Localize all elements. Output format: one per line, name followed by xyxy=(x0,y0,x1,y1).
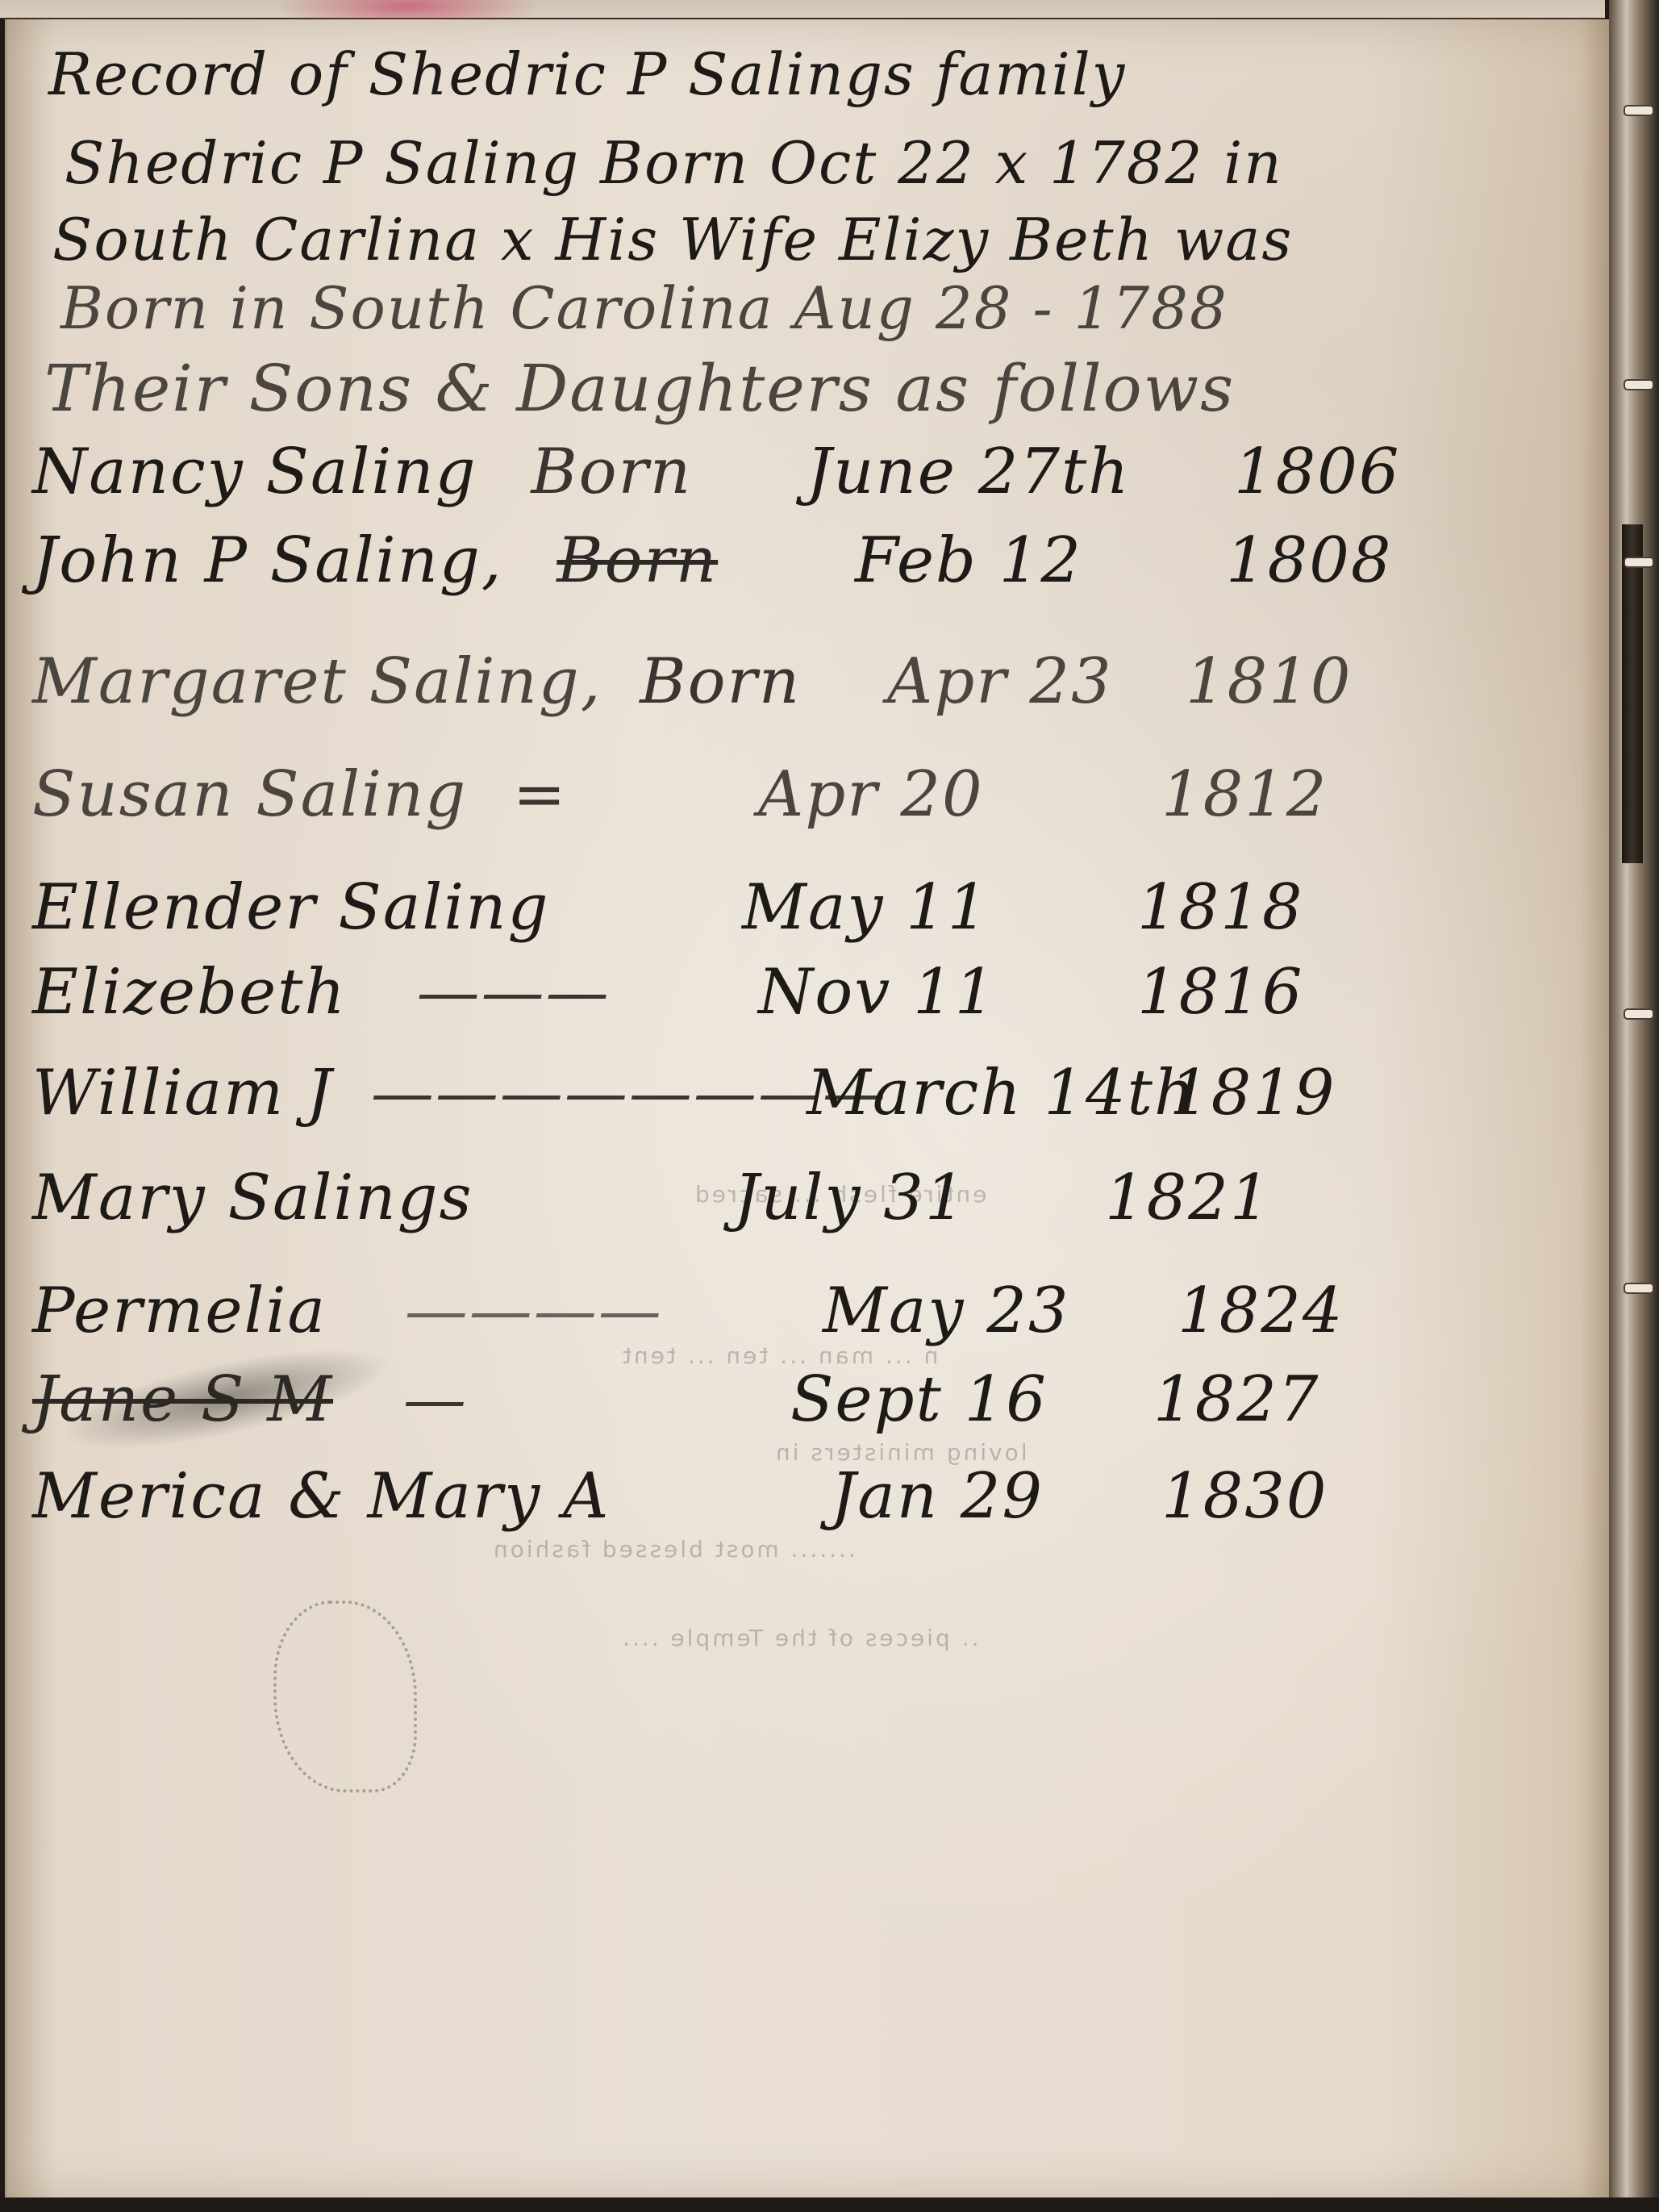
entry-name: William J xyxy=(32,1057,333,1129)
entry-row: Nancy Saling Born June 27th 1806 xyxy=(32,436,692,508)
entry-connector: Born xyxy=(556,524,718,597)
entry-connector: ——— xyxy=(417,956,611,1029)
entry-year: 1824 xyxy=(1178,1275,1344,1347)
entry-name: Nancy Saling xyxy=(32,436,477,508)
children-heading: Their Sons & Daughters as follows xyxy=(44,351,1235,426)
page-top-edge xyxy=(0,0,1605,19)
bleed-through-ornament xyxy=(273,1601,417,1793)
entry-date: May 11 xyxy=(742,871,989,944)
entry-date: March 14th xyxy=(807,1057,1196,1129)
entry-year: 1821 xyxy=(1105,1162,1272,1234)
record-title: Record of Shedric P Salings family xyxy=(48,40,1126,108)
entry-year: 1818 xyxy=(1137,871,1304,944)
entry-row: John P Saling, Born Feb 12 1808 xyxy=(32,524,718,597)
entry-date: Jan 29 xyxy=(831,1460,1044,1533)
entry-name: Mary Salings xyxy=(32,1162,473,1234)
mother-birth-line: Born in South Carolina Aug 28 - 1788 xyxy=(60,274,1228,342)
entry-date: May 23 xyxy=(823,1275,1069,1347)
entry-name: Merica & Mary A xyxy=(32,1460,610,1533)
entry-row: William J ———————— March 14th 1819 xyxy=(32,1057,887,1129)
entry-year: 1810 xyxy=(1186,645,1353,718)
entry-row: Ellender Saling May 11 1818 xyxy=(32,871,549,944)
entry-year: 1827 xyxy=(1153,1363,1320,1436)
entry-connector: ———— xyxy=(405,1275,663,1347)
page-bottom-edge xyxy=(0,2197,1659,2212)
binding-stitch xyxy=(1624,105,1654,116)
binding-stitch xyxy=(1624,379,1654,390)
entry-date: June 27th xyxy=(807,436,1131,508)
binding-stitch xyxy=(1624,557,1654,568)
bleed-through-print: ....... most blessed fashion xyxy=(491,1536,856,1563)
entry-row: Margaret Saling, Born Apr 23 1810 xyxy=(32,645,801,718)
entry-name: Elizebeth xyxy=(32,956,347,1029)
entry-year: 1812 xyxy=(1161,758,1328,831)
entry-year: 1806 xyxy=(1234,436,1401,508)
entry-row: Mary Salings July 31 1821 xyxy=(32,1162,473,1234)
entry-name: John P Saling, xyxy=(32,524,503,597)
entry-year: 1830 xyxy=(1161,1460,1328,1533)
entry-name: Permelia xyxy=(32,1275,327,1347)
entry-date: Apr 23 xyxy=(887,645,1113,718)
entry-name: Ellender Saling xyxy=(32,871,549,944)
entry-year: 1819 xyxy=(1169,1057,1336,1129)
entry-name: Margaret Saling, xyxy=(32,645,602,718)
entry-date: Apr 20 xyxy=(758,758,984,831)
entry-date: Nov 11 xyxy=(758,956,996,1029)
entry-connector: — xyxy=(403,1363,468,1436)
entry-row: Susan Saling = Apr 20 1812 xyxy=(32,758,567,831)
entry-year: 1808 xyxy=(1226,524,1393,597)
entry-name: Susan Saling xyxy=(32,758,467,831)
entry-year: 1816 xyxy=(1137,956,1304,1029)
binding-stitch xyxy=(1624,1283,1654,1294)
entry-date: July 31 xyxy=(734,1162,967,1234)
entry-row: Merica & Mary A Jan 29 1830 xyxy=(32,1460,610,1533)
torn-spine-gap xyxy=(1622,524,1643,863)
entry-row: Elizebeth ——— Nov 11 1816 xyxy=(32,956,611,1029)
book-binding xyxy=(1609,0,1659,2212)
entry-connector: Born xyxy=(531,436,692,508)
entry-connector: = xyxy=(513,758,567,831)
binding-stitch xyxy=(1624,1008,1654,1020)
entry-date: Sept 16 xyxy=(790,1363,1048,1436)
entry-row: Permelia ———— May 23 1824 xyxy=(32,1275,663,1347)
entry-connector: Born xyxy=(640,645,801,718)
bleed-through-print: .. pieces of the Temple .... xyxy=(620,1625,978,1651)
entry-date: Feb 12 xyxy=(855,524,1082,597)
mother-intro-line: South Carlina x His Wife Elizy Beth was xyxy=(52,206,1293,273)
entry-row: Jane S M — Sept 16 1827 xyxy=(32,1363,468,1436)
father-birth-line: Shedric P Saling Born Oct 22 x 1782 in xyxy=(65,129,1283,197)
entry-name-struck: Jane S M xyxy=(32,1363,333,1436)
